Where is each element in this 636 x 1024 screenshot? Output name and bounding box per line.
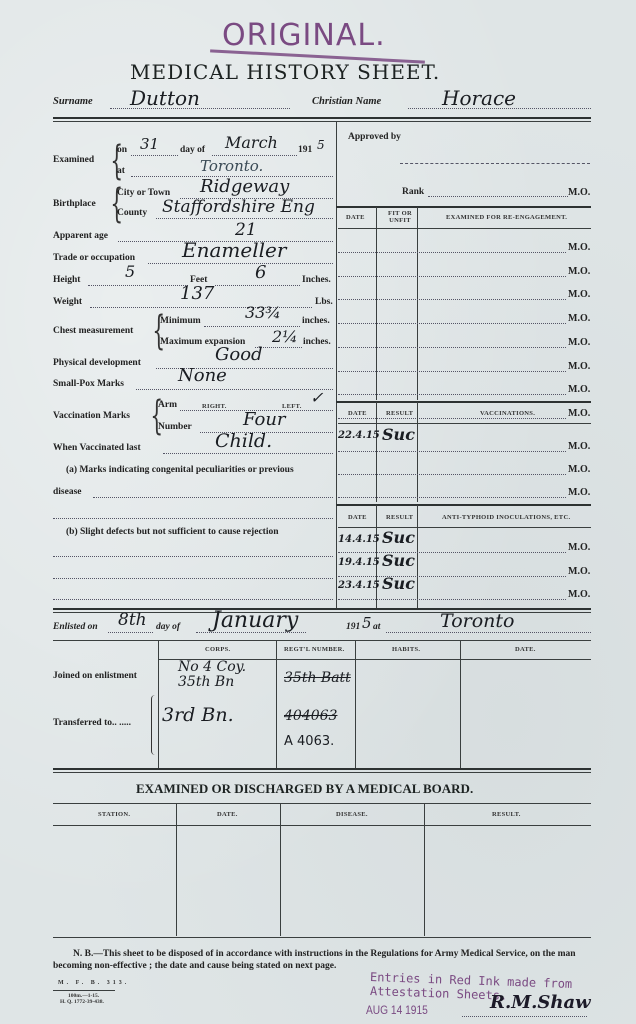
city-value: Ridgeway: [200, 176, 289, 197]
examined-at-value: Toronto.: [200, 157, 263, 175]
reengagement-row-mo: M.O.: [568, 266, 590, 277]
defects-line-2: [53, 578, 333, 579]
typhoid-header-rule: [338, 527, 591, 528]
corps-bottom-rule-2: [53, 772, 591, 773]
physical-development-label: Physical development: [53, 358, 141, 368]
vaccinations-row-line: [338, 497, 566, 498]
board-header-station: Station.: [98, 811, 130, 818]
marks-a-label: (a) Marks indicating congenital peculiar…: [66, 465, 294, 475]
enlisted-month-value: January: [212, 608, 298, 633]
number-label: Number: [158, 422, 192, 432]
year-label: 191: [298, 145, 312, 155]
defects-line-1: [53, 556, 333, 557]
header-divider: [53, 117, 591, 119]
joined-label: Joined on enlistment: [53, 671, 137, 681]
typhoid-header-inoculations: Anti-Typhoid Inoculations, Etc.: [442, 514, 570, 521]
vaccination-number-value: Four: [243, 409, 286, 430]
typhoid-entry-3-date: 23.4.15: [338, 580, 380, 591]
chest-max-unit: inches.: [303, 337, 331, 347]
reeng-header-fit: Fit or Unfit: [388, 210, 412, 224]
arm-left-check: ✓: [310, 388, 323, 407]
transferred-corps-value: 3rd Bn.: [162, 704, 234, 726]
corps-header-corps: Corps.: [205, 646, 230, 653]
typhoid-entry-2-result: Suc: [382, 551, 415, 570]
enlisted-at-label: at: [373, 622, 380, 632]
typhoid-col-divider-2: [417, 505, 418, 608]
reengagement-row-line: [338, 418, 566, 419]
corps-header-number: Regt'l Number.: [284, 646, 345, 653]
trade-label: Trade or occupation: [53, 253, 135, 263]
christian-name-value: Horace: [442, 86, 516, 110]
board-header-disease: Disease.: [336, 811, 368, 818]
chest-label: Chest measurement: [53, 326, 133, 336]
examined-label: Examined: [53, 155, 94, 165]
marks-a-label-2: disease: [53, 487, 82, 497]
reengagement-row-mo: M.O.: [568, 384, 590, 395]
enlisted-place-value: Toronto: [440, 610, 514, 632]
nb-note: N. B.—This sheet to be disposed of in ac…: [53, 948, 593, 972]
reengagement-row-line: [338, 394, 566, 395]
typhoid-row-line: [338, 599, 566, 600]
day-line: [131, 155, 178, 156]
typhoid-row-mo: M.O.: [568, 566, 590, 577]
typhoid-entry-2-date: 19.4.15: [338, 557, 380, 568]
enlisted-year-label: 191: [346, 622, 360, 632]
reeng-header-date: Date: [346, 214, 365, 221]
form-code-rule: [53, 990, 115, 991]
vacc-header-result: Result: [386, 410, 413, 417]
defects-line-3: [53, 599, 333, 600]
vacc-header-vaccinations: Vaccinations.: [480, 410, 535, 417]
vaccinations-row-line: [338, 451, 566, 452]
marks-a-extra-line: [53, 518, 333, 519]
weight-value: 137: [180, 283, 214, 304]
typhoid-row-mo: M.O.: [568, 589, 590, 600]
approved-by-label: Approved by: [348, 132, 401, 142]
birthplace-label: Birthplace: [53, 199, 96, 209]
height-inches-line: [215, 285, 300, 286]
medical-board-title: EXAMINED OR DISCHARGED BY A MEDICAL BOAR…: [136, 781, 473, 797]
when-vaccinated-label: When Vaccinated last: [53, 443, 141, 453]
typhoid-header-date: Date: [348, 514, 367, 521]
rank-line: [428, 196, 568, 197]
smallpox-value: None: [178, 365, 227, 386]
christian-name-label: Christian Name: [312, 96, 381, 107]
apparent-age-value: 21: [235, 220, 257, 240]
right-label: Right.: [202, 403, 227, 410]
reengagement-row-line: [338, 299, 566, 300]
vaccinations-row-mo: M.O.: [568, 487, 590, 498]
reeng-header-examined: Examined for Re-engagement.: [446, 214, 567, 221]
county-value: Staffordshire Eng: [162, 197, 315, 217]
typhoid-row-mo: M.O.: [568, 542, 590, 553]
transferred-label: Transferred to.. .....: [53, 718, 131, 728]
transferred-number-value: A 4063.: [284, 734, 334, 749]
enlisted-day-value: 8th: [118, 610, 147, 630]
board-header-rule: [53, 825, 591, 826]
stamp-date: AUG 14 1915: [366, 1003, 428, 1017]
typhoid-entry-3-result: Suc: [382, 574, 415, 593]
examined-on-label: on: [117, 145, 127, 155]
examined-year-value: 5: [317, 138, 325, 152]
vacc-header-rule: [338, 423, 591, 424]
signature: R.M.Shaw: [490, 992, 591, 1013]
board-col-divider-1: [176, 803, 177, 936]
surname-value: Dutton: [130, 86, 200, 110]
typhoid-entry-1-date: 14.4.15: [338, 534, 380, 545]
lbs-label: Lbs.: [315, 297, 333, 307]
board-header-date: Date.: [217, 811, 238, 818]
vaccinations-row-mo: M.O.: [568, 464, 590, 475]
defects-b-label: (b) Slight defects but not sufficient to…: [66, 527, 279, 537]
vaccinations-top-rule: [336, 401, 591, 403]
reengagement-row-mo: M.O.: [568, 361, 590, 372]
apparent-age-label: Apparent age: [53, 231, 108, 241]
corps-header-habits: Habits.: [392, 646, 420, 653]
reengagement-row-line: [338, 371, 566, 372]
header-divider-2: [53, 121, 591, 122]
reengagement-row-mo: M.O.: [568, 289, 590, 300]
reengagement-row-line: [338, 323, 566, 324]
county-label: County: [117, 208, 147, 218]
physical-development-value: Good: [215, 344, 263, 365]
rank-label: Rank: [402, 187, 424, 197]
corps-table-top-rule: [53, 640, 591, 641]
examined-day-value: 31: [140, 135, 159, 153]
reengagement-row-line: [338, 347, 566, 348]
corps-bottom-rule: [53, 768, 591, 770]
chest-min-value: 33¾: [245, 303, 281, 322]
reengagement-row-mo: M.O.: [568, 242, 590, 253]
trade-value: Enameller: [182, 238, 286, 262]
smallpox-label: Small-Pox Marks: [53, 379, 124, 389]
height-feet-line: [88, 285, 188, 286]
inches-label: Inches.: [302, 275, 331, 285]
antityphoid-top-rule: [336, 504, 591, 506]
reengagement-row-line: [338, 276, 566, 277]
approved-by-line: [400, 163, 590, 164]
reengagement-row-mo: M.O.: [568, 337, 590, 348]
vacc-col-divider-1: [376, 402, 377, 502]
reengagement-row-line: [338, 252, 566, 253]
examined-at-label: at: [117, 166, 125, 176]
trade-line: [148, 263, 333, 264]
corps-header-date: Date.: [515, 646, 536, 653]
typhoid-entry-1-result: Suc: [382, 528, 415, 547]
county-line: [156, 218, 333, 219]
typhoid-row-line: [338, 576, 566, 577]
arm-label: Arm: [158, 400, 177, 410]
month-line: [212, 155, 297, 156]
board-col-divider-2: [280, 803, 281, 936]
enlisted-day-of-label: day of: [156, 622, 180, 632]
enlisted-year-value: 5: [362, 614, 372, 632]
day-of-label: day of: [180, 145, 205, 155]
signature-line: [462, 1016, 587, 1017]
enlisted-place-line: [386, 632, 591, 633]
vacc-header-date: Date: [348, 410, 367, 417]
height-inches-value: 6: [255, 262, 266, 283]
vacc-col-divider-2: [417, 402, 418, 502]
board-header-result: Result.: [492, 811, 521, 818]
original-stamp: ORIGINAL.: [222, 18, 386, 53]
typhoid-header-result: Result: [386, 514, 413, 521]
vacc-entry-result: Suc: [382, 425, 415, 444]
board-bottom-rule: [53, 937, 591, 938]
disease-line: [93, 497, 333, 498]
page-title: MEDICAL HISTORY SHEET.: [130, 60, 440, 84]
vacc-entry-date: 22.4.15: [338, 430, 380, 441]
vaccinations-row-mo: M.O.: [568, 441, 590, 452]
reengagement-top-rule: [336, 206, 591, 208]
vaccinations-row-line: [338, 474, 566, 475]
smallpox-line: [136, 389, 333, 390]
examined-month-value: March: [225, 133, 278, 152]
height-label: Height: [53, 275, 80, 285]
chest-max-value: 2¼: [272, 327, 298, 346]
form-code: M. F. B. 313.: [58, 980, 129, 986]
board-col-divider-3: [424, 803, 425, 936]
chest-min-label: Minimum: [160, 316, 201, 326]
when-vaccinated-value: Child.: [215, 430, 272, 452]
surname-label: Surname: [53, 96, 93, 107]
enlisted-day-line: [108, 632, 153, 633]
chest-min-unit: inches.: [302, 316, 330, 326]
weight-label: Weight: [53, 297, 82, 307]
print-info-2: H. Q. 1772-39-438.: [60, 999, 104, 1005]
height-feet-value: 5: [125, 262, 135, 281]
typhoid-row-line: [338, 552, 566, 553]
medical-history-sheet: ORIGINAL. MEDICAL HISTORY SHEET. Surname…: [0, 0, 636, 1024]
reengagement-row-mo: M.O.: [568, 313, 590, 324]
board-top-rule: [53, 803, 591, 804]
vaccination-marks-label: Vaccination Marks: [53, 411, 130, 421]
reeng-header-rule: [338, 228, 591, 229]
transferred-number-struck: 404063: [284, 708, 337, 724]
when-vaccinated-line: [163, 453, 333, 454]
enlisted-label: Enlisted on: [53, 622, 98, 632]
rank-mo: M.O.: [568, 187, 590, 198]
main-column-divider: [336, 121, 337, 608]
joined-number-value: 35th Batt: [284, 670, 351, 686]
reengagement-row-mo: M.O.: [568, 408, 590, 419]
transferred-bracket: [151, 695, 155, 755]
joined-corps-value: No 4 Coy. 35th Bn: [178, 660, 278, 690]
